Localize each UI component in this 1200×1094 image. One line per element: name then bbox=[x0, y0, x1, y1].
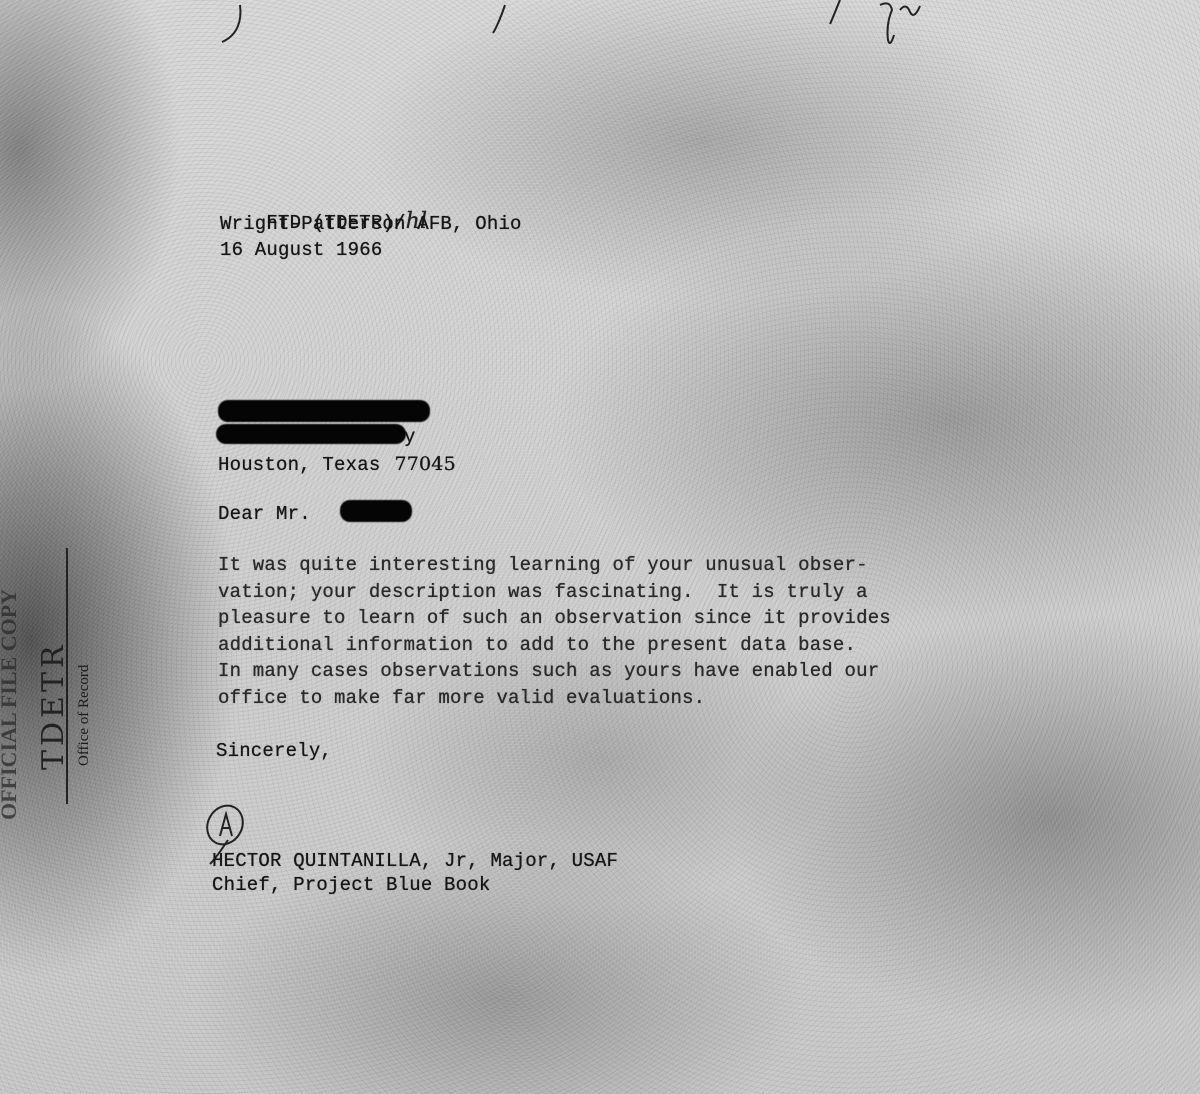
redaction-address-line2 bbox=[216, 424, 406, 444]
redaction-recipient-name bbox=[340, 500, 412, 522]
salutation: Dear Mr. bbox=[218, 501, 311, 527]
stamp-divider-line bbox=[66, 548, 68, 804]
zip-code: 77045 bbox=[394, 453, 455, 475]
address-line2-suffix: y bbox=[404, 424, 416, 450]
address-city-state: Houston, Texas77045 bbox=[218, 451, 456, 478]
body-line: It was quite interesting learning of you… bbox=[218, 552, 891, 579]
sender-location: Wright-Patterson AFB, Ohio bbox=[220, 211, 522, 237]
letter-date: 16 August 1966 bbox=[220, 237, 382, 263]
handwriting-top bbox=[200, 0, 1200, 50]
body-line: In many cases observations such as yours… bbox=[218, 658, 891, 685]
body-line: vation; your description was fascinating… bbox=[218, 579, 891, 606]
letter-page: FTD (TDETR)/hl Wright-Patterson AFB, Ohi… bbox=[0, 0, 1200, 1094]
signer-title: Chief, Project Blue Book bbox=[212, 872, 490, 898]
letter-body: It was quite interesting learning of you… bbox=[218, 552, 891, 711]
office-of-record-label: Office of Record bbox=[76, 665, 93, 766]
closing: Sincerely, bbox=[216, 738, 332, 764]
body-line: additional information to add to the pre… bbox=[218, 632, 891, 659]
body-line: office to make far more valid evaluation… bbox=[218, 685, 891, 712]
signer-name: HECTOR QUINTANILLA, Jr, Major, USAF bbox=[212, 848, 618, 874]
redaction-address-line1 bbox=[218, 400, 430, 422]
city-state: Houston, Texas bbox=[218, 454, 380, 476]
official-file-copy-stamp: OFFICIAL FILE COPY bbox=[0, 589, 22, 820]
body-line: pleasure to learn of such an observation… bbox=[218, 605, 891, 632]
